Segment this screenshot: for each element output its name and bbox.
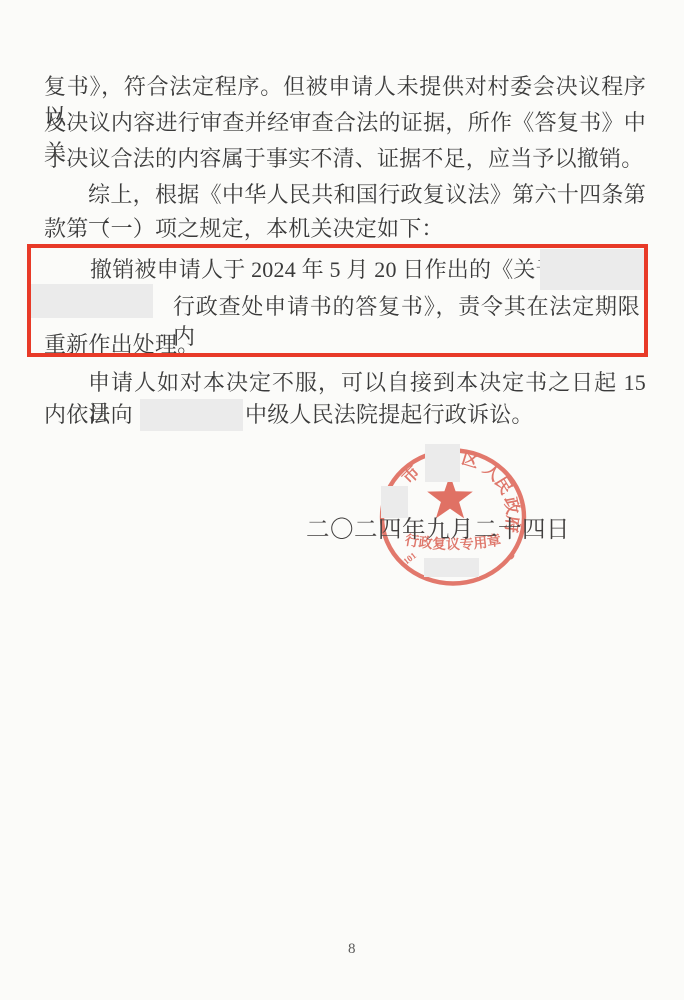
decision-line: 行政查处申请书的答复书》，责令其在法定期限内 xyxy=(173,292,640,352)
decision-line: 重新作出处理。 xyxy=(44,330,199,360)
redaction-box xyxy=(425,444,460,482)
seal-arc-char: 市 xyxy=(398,462,424,488)
body-line: 于决议合法的内容属于事实不清、证据不足，应当予以撤销。 xyxy=(44,144,643,174)
document-page: 复书》，符合法定程序。但被申请人未提供对村委会决议程序以 及决议内容进行审查并经… xyxy=(0,0,684,1000)
redaction-box xyxy=(140,399,243,431)
body-line: 内依法向 xyxy=(44,400,133,430)
decision-date: 二〇二四年九月二十四日 xyxy=(306,510,570,544)
body-line: 中级人民法院提起行政诉讼。 xyxy=(245,400,534,430)
redaction-box xyxy=(424,558,479,577)
page-number: 8 xyxy=(348,941,356,958)
body-line: 款第（一）项之规定，本机关决定如下： xyxy=(44,214,444,244)
redaction-box xyxy=(31,284,153,318)
decision-line: 撤销被申请人于 2024 年 5 月 20 日作出的《关于 xyxy=(90,255,558,285)
redaction-box xyxy=(540,249,644,290)
